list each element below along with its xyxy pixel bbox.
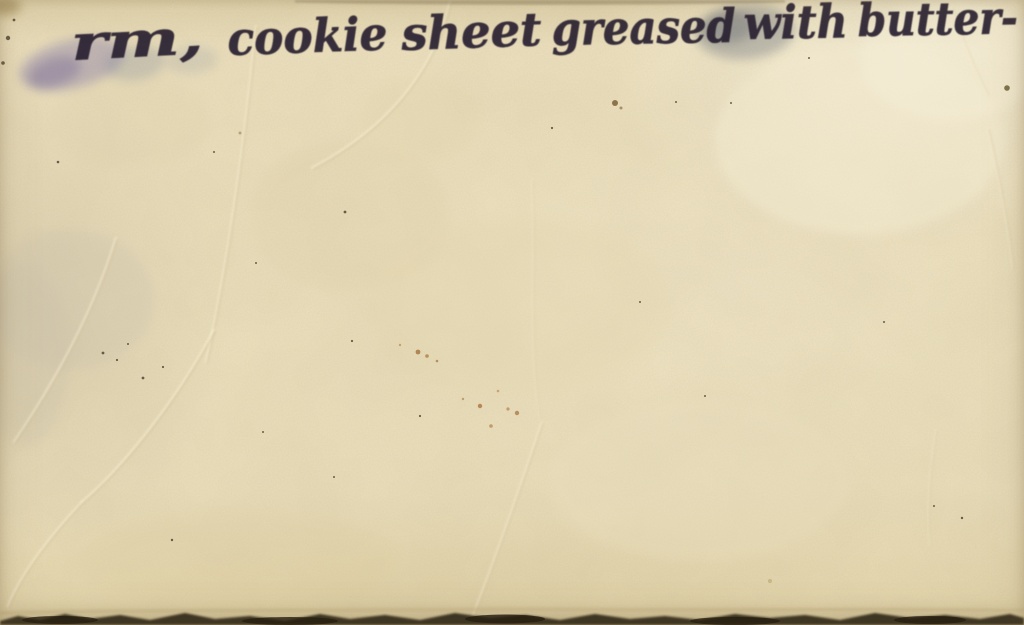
rust-speck bbox=[515, 411, 519, 415]
ink-speck bbox=[262, 431, 264, 433]
ink-speck bbox=[162, 366, 164, 368]
ink-speck bbox=[333, 476, 335, 478]
ink-speck bbox=[704, 395, 706, 397]
handwritten-word: rm, bbox=[70, 9, 205, 72]
rust-speck bbox=[1004, 85, 1010, 91]
scan-artifacts-layer: rm,cookiesheetgreasedwithbutter- bbox=[0, 0, 1024, 625]
ink-speck bbox=[808, 57, 810, 59]
ink-speck bbox=[6, 36, 10, 40]
ink-speck bbox=[102, 352, 105, 355]
ink-speck bbox=[116, 359, 118, 361]
handwritten-word: sheet bbox=[399, 2, 542, 61]
rust-speck bbox=[620, 107, 623, 110]
rust-speck bbox=[768, 579, 772, 583]
scanned-recipe-card-back: rm,cookiesheetgreasedwithbutter- bbox=[0, 0, 1024, 625]
rust-speck bbox=[462, 398, 464, 400]
rust-speck bbox=[399, 344, 401, 346]
ink-speck bbox=[344, 211, 347, 214]
handwritten-word: with bbox=[743, 0, 848, 50]
ink-speck bbox=[551, 127, 553, 129]
ink-speck bbox=[142, 377, 145, 380]
edge-clump bbox=[22, 616, 98, 624]
edge-clump bbox=[465, 615, 545, 624]
ink-speck bbox=[57, 161, 60, 164]
tonal-stain bbox=[80, 510, 400, 610]
edge-clump bbox=[690, 617, 780, 625]
handwritten-word: butter- bbox=[857, 0, 1018, 47]
rust-speck bbox=[489, 424, 493, 428]
ink-speck bbox=[419, 415, 421, 417]
handwritten-word: greased bbox=[551, 0, 736, 56]
edge-clump bbox=[242, 617, 338, 625]
tonal-stain bbox=[370, 215, 670, 395]
rust-speck bbox=[612, 100, 618, 106]
ink-speck bbox=[1, 61, 5, 65]
ink-speck bbox=[933, 505, 935, 507]
ink-speck bbox=[213, 151, 215, 153]
ink-speck bbox=[255, 262, 257, 264]
rust-speck bbox=[239, 132, 242, 135]
ink-speck bbox=[351, 340, 353, 342]
ink-speck bbox=[675, 101, 677, 103]
rust-speck bbox=[425, 354, 429, 358]
ink-speck bbox=[127, 343, 129, 345]
handwritten-word: cookie bbox=[226, 6, 388, 66]
rust-speck bbox=[478, 404, 482, 408]
ink-speck bbox=[883, 321, 885, 323]
ink-speck bbox=[639, 301, 641, 303]
rust-speck bbox=[497, 390, 500, 393]
rust-speck bbox=[506, 407, 509, 410]
ink-speck bbox=[730, 102, 732, 104]
ink-speck bbox=[13, 19, 16, 22]
ink-speck bbox=[961, 517, 963, 519]
edge-clump bbox=[894, 616, 966, 624]
rust-speck bbox=[436, 360, 439, 363]
tonal-stain bbox=[360, 78, 480, 162]
ink-speck bbox=[171, 539, 173, 541]
rust-speck bbox=[416, 350, 421, 355]
tonal-stain bbox=[550, 400, 850, 560]
